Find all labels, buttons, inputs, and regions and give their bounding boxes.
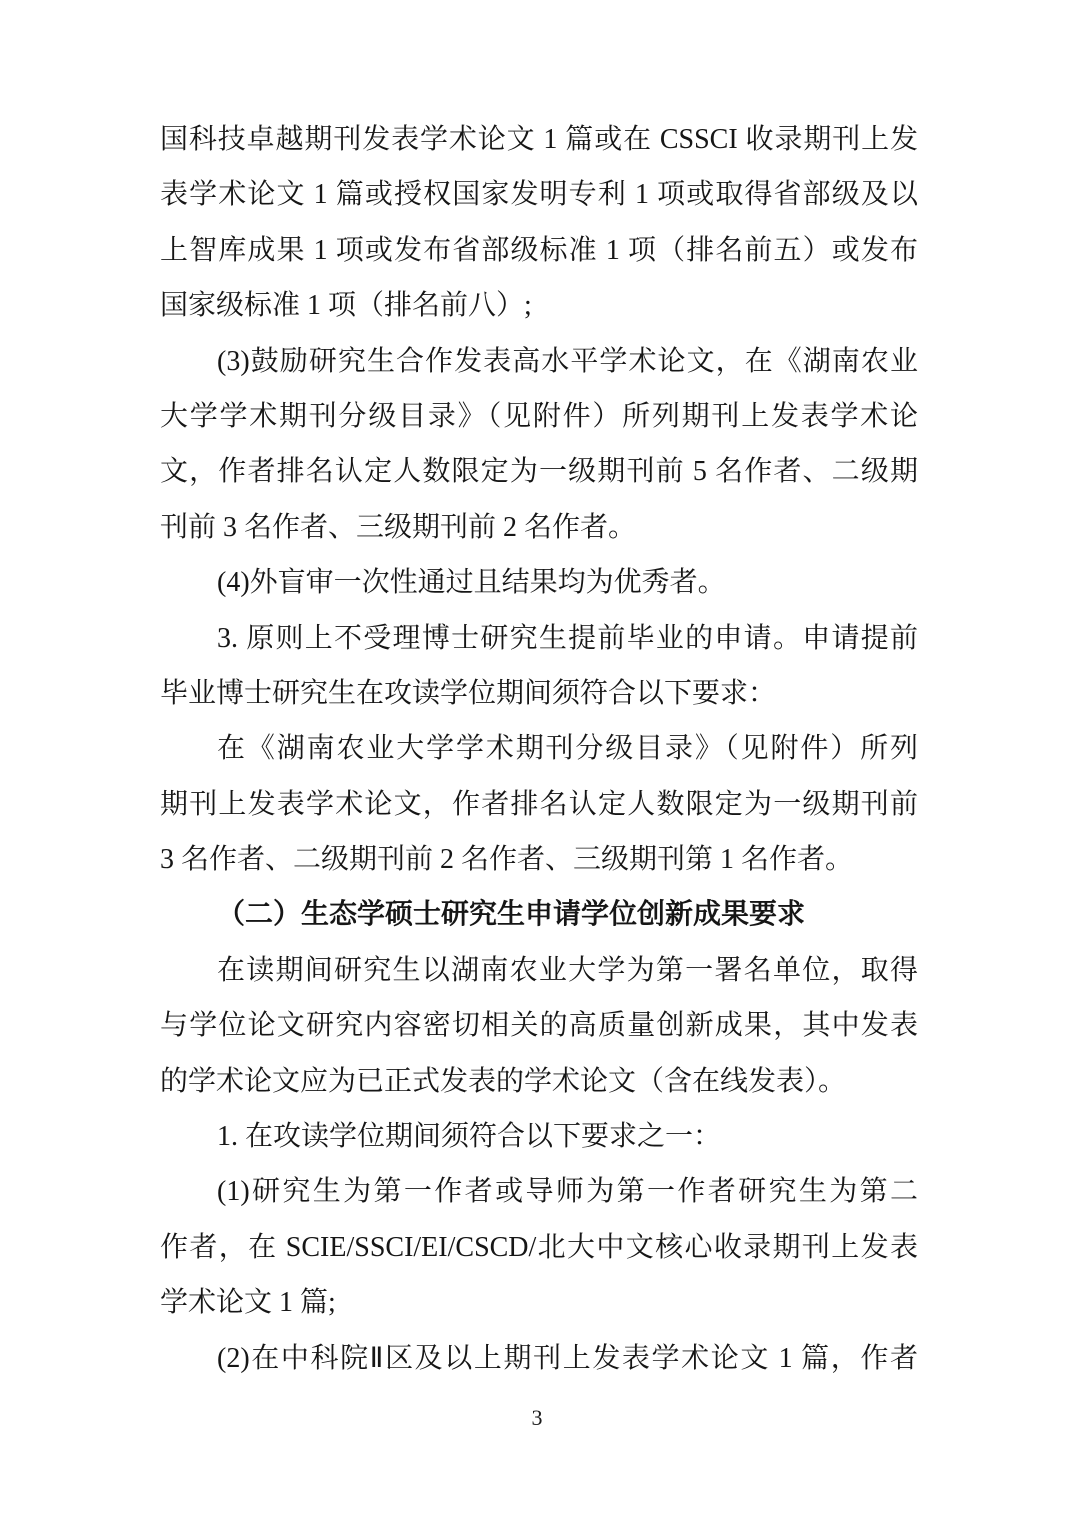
text-line-23: (2)在中科院Ⅱ区及以上期刊上发表学术论文 1 篇，作者 bbox=[160, 1331, 918, 1386]
text-line-20: (1)研究生为第一作者或导师为第一作者研究生为第二 bbox=[160, 1164, 918, 1219]
text-line-8: 刊前 3 名作者、三级期刊前 2 名作者。 bbox=[160, 500, 918, 555]
section-heading: （二）生态学硕士研究生申请学位创新成果要求 bbox=[160, 887, 918, 942]
text-line-7: 文，作者排名认定人数限定为一级期刊前 5 名作者、二级期 bbox=[160, 444, 918, 499]
document-page: 国科技卓越期刊发表学术论文 1 篇或在 CSSCI 收录期刊上发 表学术论文 1… bbox=[0, 0, 1074, 1520]
text-line-18: 的学术论文应为已正式发表的学术论文（含在线发表）。 bbox=[160, 1054, 918, 1109]
document-body: 国科技卓越期刊发表学术论文 1 篇或在 CSSCI 收录期刊上发 表学术论文 1… bbox=[160, 112, 918, 1386]
text-line-3: 上智库成果 1 项或发布省部级标准 1 项（排名前五）或发布 bbox=[160, 223, 918, 278]
text-line-13: 期刊上发表学术论文，作者排名认定人数限定为一级期刊前 bbox=[160, 777, 918, 832]
text-line-22: 学术论文 1 篇; bbox=[160, 1275, 918, 1330]
text-line-16: 在读期间研究生以湖南农业大学为第一署名单位，取得 bbox=[160, 943, 918, 998]
text-line-5: (3)鼓励研究生合作发表高水平学术论文，在《湖南农业 bbox=[160, 334, 918, 389]
text-line-21: 作者，在 SCIE/SSCI/EI/CSCD/北大中文核心收录期刊上发表 bbox=[160, 1220, 918, 1275]
text-line-2: 表学术论文 1 篇或授权国家发明专利 1 项或取得省部级及以 bbox=[160, 167, 918, 222]
text-line-12: 在《湖南农业大学学术期刊分级目录》（见附件）所列 bbox=[160, 721, 918, 776]
text-line-17: 与学位论文研究内容密切相关的高质量创新成果，其中发表 bbox=[160, 998, 918, 1053]
text-line-14: 3 名作者、二级期刊前 2 名作者、三级期刊第 1 名作者。 bbox=[160, 832, 918, 887]
text-line-11: 毕业博士研究生在攻读学位期间须符合以下要求： bbox=[160, 666, 918, 721]
page-number: 3 bbox=[0, 1398, 1074, 1438]
text-line-4: 国家级标准 1 项（排名前八）; bbox=[160, 278, 918, 333]
text-line-10: 3. 原则上不受理博士研究生提前毕业的申请。申请提前 bbox=[160, 611, 918, 666]
text-line-19: 1. 在攻读学位期间须符合以下要求之一： bbox=[160, 1109, 918, 1164]
text-line-9: (4)外盲审一次性通过且结果均为优秀者。 bbox=[160, 555, 918, 610]
text-line-1: 国科技卓越期刊发表学术论文 1 篇或在 CSSCI 收录期刊上发 bbox=[160, 112, 918, 167]
text-line-6: 大学学术期刊分级目录》（见附件）所列期刊上发表学术论 bbox=[160, 389, 918, 444]
